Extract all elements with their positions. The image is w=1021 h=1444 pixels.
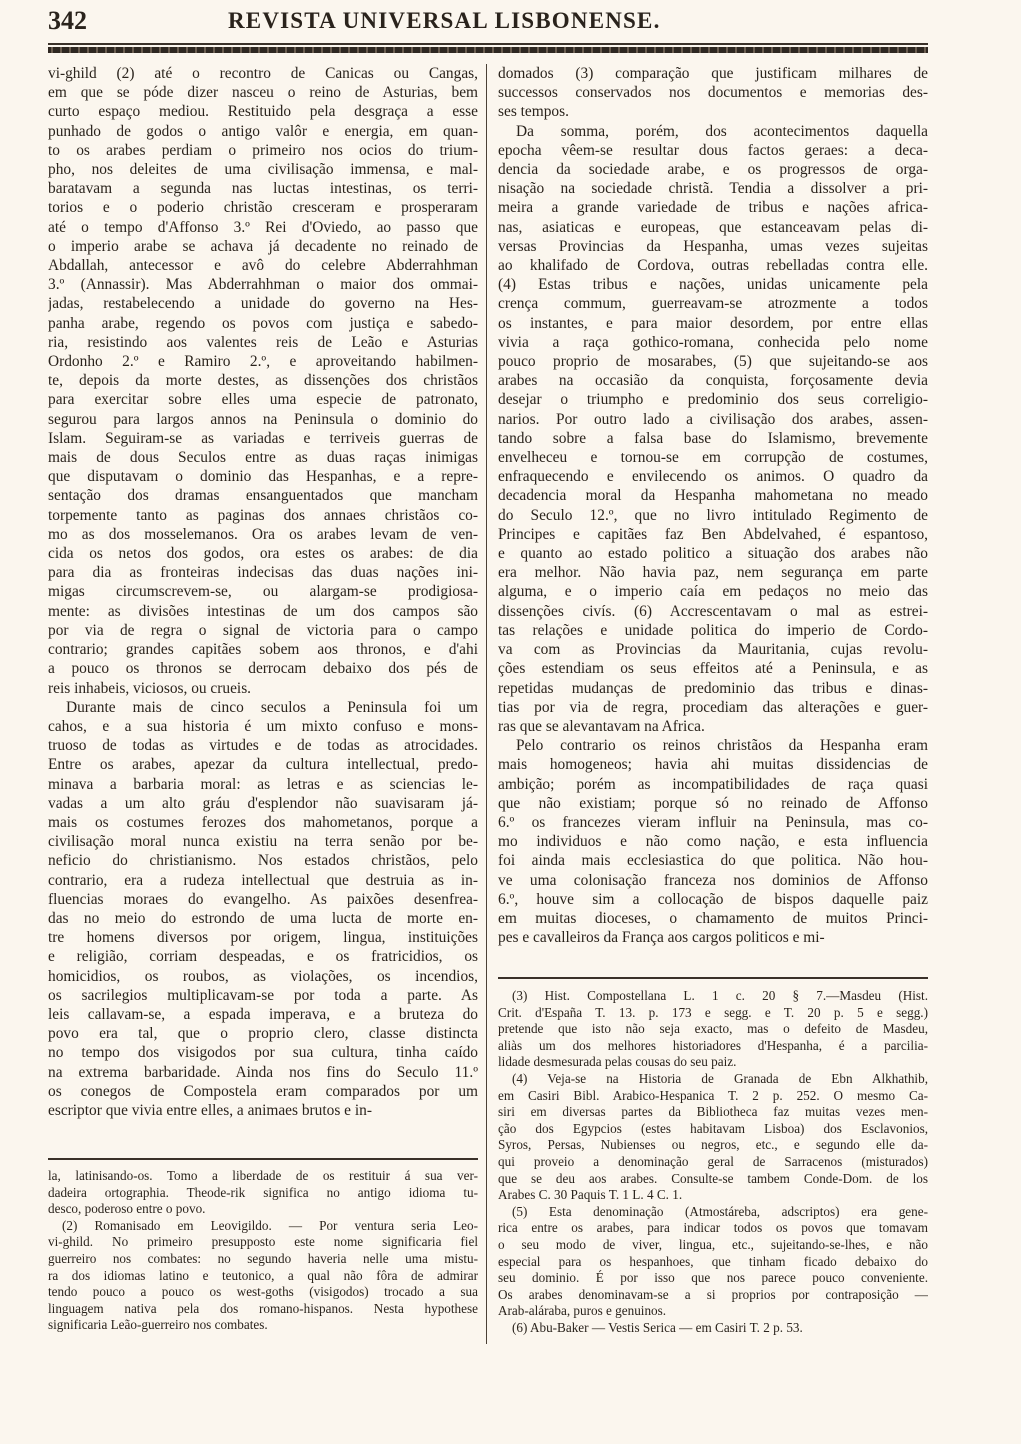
text-line: que disputavam o dominio das Hespanhas, … — [48, 467, 478, 486]
text-line: tre homens diversos por origem, lingua, … — [48, 928, 478, 947]
text-line: especial para os hespanhoes, que tinham … — [498, 1254, 928, 1271]
text-line: civilisação moral nunca existiu na terra… — [48, 832, 478, 851]
text-line: e religião, corriam despeadas, e os frat… — [48, 947, 478, 966]
text-line: ao khalifado de Cordova, outras rebellad… — [498, 256, 928, 275]
left-column-body: vi-ghild (2) até o recontro de Canicas o… — [48, 64, 478, 1120]
text-line: o seu modo de viver, lingua, etc., sujei… — [498, 1237, 928, 1254]
text-line: que não existiam; porque só no reinado d… — [498, 794, 928, 813]
text-line: Abdallah, antecessor e avô do celebre Ab… — [48, 256, 478, 275]
text-line: leis callavam-se, a espada imperava, e a… — [48, 1005, 478, 1024]
text-line: torpemente tanto as paginas dos annaes c… — [48, 506, 478, 525]
text-line: nisação na sociedade christã. Tendia a d… — [498, 179, 928, 198]
text-line: minava a barbaria moral: as letras e as … — [48, 775, 478, 794]
text-line: rica entre os arabes, para indicar todos… — [498, 1220, 928, 1237]
text-line: vi-ghild. No primeiro presupposto este n… — [48, 1234, 478, 1251]
text-line: aliàs um dos melhores historiadores d'He… — [498, 1038, 928, 1055]
text-line: homicidios, os roubos, as violações, os … — [48, 967, 478, 986]
text-line: contrario; grandes capitães sobem aos th… — [48, 640, 478, 659]
text-line: Entre os arabes, apezar da cultura intel… — [48, 755, 478, 774]
text-line: nas, asiaticas e europeas, que estanceav… — [498, 218, 928, 237]
text-line: mais de dous Seculos entre as duas raças… — [48, 448, 478, 467]
footnote-rule-right — [498, 977, 928, 979]
text-line: Arabes C. 30 Paquis T. 1 L. 4 C. 1. — [498, 1187, 928, 1204]
text-line: povo era tal, que o proprio clero, class… — [48, 1024, 478, 1043]
right-column-paragraph: Da somma, porém, dos acontecimentos daqu… — [498, 122, 928, 737]
text-line: fluencias moraes do evangelho. As paixõe… — [48, 890, 478, 909]
text-line: versas Provincias da Hespanha, umas veze… — [498, 237, 928, 256]
text-line: ção dos Egypcios (estes habitavam Lisboa… — [498, 1121, 928, 1138]
text-line: contrario, era a rudeza intellectual que… — [48, 871, 478, 890]
text-line: siri em diversas partes da Bibliotheca f… — [498, 1104, 928, 1121]
text-line: (5) Esta denominação (Atmostáreba, adscr… — [498, 1204, 928, 1221]
text-line: successos conservados nos documentos e m… — [498, 83, 928, 102]
footnote-rule-left — [48, 1158, 478, 1160]
text-line: Crit. d'España T. 13. p. 173 e segg. e T… — [498, 1005, 928, 1022]
text-line: mais os costumes ferozes dos mahometanos… — [48, 813, 478, 832]
text-line: ções estendiam os seus effeitos até a Pe… — [498, 659, 928, 678]
text-line: decadencia moral da Hespanha mahometana … — [498, 486, 928, 505]
text-line: enfraquecendo e envilecendo os animos. O… — [498, 467, 928, 486]
column-divider — [486, 64, 487, 1344]
text-line: crença commum, guerreavam-se atrozmente … — [498, 294, 928, 313]
text-line: foi ainda mais ecclesiastica do que poli… — [498, 851, 928, 870]
text-line: pretende que isto não seja exacto, mas o… — [498, 1021, 928, 1038]
text-line: tendo pouco a pouco os west-goths (visig… — [48, 1284, 478, 1301]
text-line: 6.º, houve sim a collocação de bispos da… — [498, 890, 928, 909]
text-line: Da somma, porém, dos acontecimentos daqu… — [498, 122, 928, 141]
text-line: domados (3) comparação que justificam mi… — [498, 64, 928, 83]
text-line: que se deu aos arabes. Consulte-se tambe… — [498, 1171, 928, 1188]
text-line: dencia da sociedade arabe, e os progress… — [498, 160, 928, 179]
text-line: Ordonho 2.º e Ramiro 2.º, e aproveitando… — [48, 352, 478, 371]
text-line: era melhor. Não havia paz, nem segurança… — [498, 563, 928, 582]
text-line: Arab-aláraba, puros e genuinos. — [498, 1303, 928, 1320]
text-line: baratavam a segunda nas luctas intestina… — [48, 179, 478, 198]
text-line: ambição; porém as incompatibilidades de … — [498, 775, 928, 794]
text-line: mo individuos e não como nação, e esta i… — [498, 832, 928, 851]
text-line: sentação dos dramas ensanguentados que m… — [48, 486, 478, 505]
text-line: narios. Por outro lado a civilisação dos… — [498, 410, 928, 429]
text-line: os conegos de Compostela eram comparados… — [48, 1082, 478, 1101]
text-line: mais homogeneos; havia ahi muitas dissid… — [498, 755, 928, 774]
right-column-body: domados (3) comparação que justificam mi… — [498, 64, 928, 947]
text-line: em que se póde dizer nasceu o reino de A… — [48, 83, 478, 102]
text-line: a pouco os thronos se derrocam debaixo d… — [48, 659, 478, 678]
text-line: dadeira ortographia. Theode-rik signific… — [48, 1185, 478, 1202]
text-line: linguagem nativa pela dos romano-hispano… — [48, 1301, 478, 1318]
text-line: (2) Romanisado em Leovigildo. — Por vent… — [48, 1218, 478, 1235]
text-line: neficio do christianismo. Nos estados ch… — [48, 851, 478, 870]
journal-title: REVISTA UNIVERSAL LISBONENSE. — [228, 8, 661, 34]
text-line: cahos, e a sua historia é um mixto confu… — [48, 717, 478, 736]
footnotes-right: (3) Hist. Compostellana L. 1 c. 20 § 7.—… — [498, 988, 928, 1336]
text-line: alguma, e o imperio caía em pedaços no m… — [498, 582, 928, 601]
text-line: cida os netos dos godos, ora estes os ar… — [48, 544, 478, 563]
text-line: epocha vêem-se resultar dous factos gera… — [498, 141, 928, 160]
page-number: 342 — [48, 6, 87, 36]
text-line: segurou para largos annos na Peninsula o… — [48, 410, 478, 429]
text-line: ra dos idiomas latino e teutonico, a qua… — [48, 1268, 478, 1285]
text-line: para dia as fronteiras indecisas das dua… — [48, 563, 478, 582]
text-line: pho, nos deleites de uma civilisação imm… — [48, 160, 478, 179]
text-line: ve uma colonisação franceza nos dominios… — [498, 871, 928, 890]
text-line: significaria Leão-guerreiro nos combates… — [48, 1317, 478, 1334]
text-line: panha arabe, regendo os povos com justiç… — [48, 314, 478, 333]
page-header: 342 REVISTA UNIVERSAL LISBONENSE. — [48, 4, 928, 44]
right-column-paragraph: Pelo contrario os reinos christãos da He… — [498, 736, 928, 947]
text-line: desejar o triumpho e predominio dos seus… — [498, 390, 928, 409]
text-line: tias por via de regra, procediam das alt… — [498, 698, 928, 717]
header-rule-thin — [48, 43, 928, 45]
text-line: na extrema barbaridade. Ainda nos fins d… — [48, 1063, 478, 1082]
text-line: to os arabes perdiam o primeiro nos ocio… — [48, 141, 478, 160]
text-line: o imperio arabe se achava já decadente n… — [48, 237, 478, 256]
footnote-paragraph: (2) Romanisado em Leovigildo. — Por vent… — [48, 1218, 478, 1334]
text-line: te, depois da morte destes, as dissençõe… — [48, 371, 478, 390]
text-line: em muitas dioceses, o chamamento de muit… — [498, 909, 928, 928]
footnote-paragraph: (3) Hist. Compostellana L. 1 c. 20 § 7.—… — [498, 988, 928, 1071]
text-line: os instantes, e para maior desordem, por… — [498, 314, 928, 333]
text-line: desco, poderoso entre o povo. — [48, 1201, 478, 1218]
text-line: envelheceu e tornou-se em corrupção de c… — [498, 448, 928, 467]
text-line: 3.º (Annassir). Mas Abderrahhman o maior… — [48, 275, 478, 294]
text-line: arabes na occasião da conquista, forçosa… — [498, 371, 928, 390]
text-line: os sacrilegios multiplicavam-se por toda… — [48, 986, 478, 1005]
header-rule-thick — [48, 47, 928, 53]
text-line: repetidas mudanças de predominio das tri… — [498, 679, 928, 698]
text-line: la, latinisando-os. Tomo a liberdade de … — [48, 1168, 478, 1185]
text-line: escriptor que vivia entre elles, a anima… — [48, 1101, 478, 1120]
text-line: ras que se alevantavam na Africa. — [498, 717, 928, 736]
text-line: truoso de todas as virtudes e de todas a… — [48, 736, 478, 755]
text-line: guerreiro nos combates: no segundo haver… — [48, 1251, 478, 1268]
text-line: dissenções civís. (6) Accrescentavam o m… — [498, 602, 928, 621]
text-line: Principes e capitães faz Ben Abdelvahed,… — [498, 525, 928, 544]
text-line: curto espaço mediou. Restituido pela des… — [48, 102, 478, 121]
text-line: qui proveio a denominação geral de Sarra… — [498, 1154, 928, 1171]
text-line: para exercitar sobre elles uma especie d… — [48, 390, 478, 409]
text-line: Durante mais de cinco seculos a Peninsul… — [48, 698, 478, 717]
text-line: migas circumscrevem-se, ou alargam-se pr… — [48, 582, 478, 601]
footnote-paragraph: la, latinisando-os. Tomo a liberdade de … — [48, 1168, 478, 1218]
text-line: lidade desmesurada pelas cousas do seu p… — [498, 1054, 928, 1071]
text-line: até o tempo d'Affonso 3.º Rei d'Oviedo, … — [48, 218, 478, 237]
text-line: (6) Abu-Baker — Vestis Serica — em Casir… — [498, 1320, 928, 1337]
text-line: e quanto ao estado politico a situação d… — [498, 544, 928, 563]
text-line: vi-ghild (2) até o recontro de Canicas o… — [48, 64, 478, 83]
text-line: seu dominio. É por isso que nos parece p… — [498, 1270, 928, 1287]
text-line: va com as Provincias da Mauritania, cuja… — [498, 640, 928, 659]
footnotes-left: la, latinisando-os. Tomo a liberdade de … — [48, 1168, 478, 1334]
text-line: pes e cavalleiros da França aos cargos p… — [498, 928, 928, 947]
text-line: (4) Veja-se na Historia de Granada de Eb… — [498, 1071, 928, 1088]
left-column-paragraph: vi-ghild (2) até o recontro de Canicas o… — [48, 64, 478, 698]
text-line: reis inhabeis, viciosos, ou crueis. — [48, 679, 478, 698]
text-line: por via de regra o signal de victoria pa… — [48, 621, 478, 640]
text-line: no tempo dos visigodos por sua cultura, … — [48, 1043, 478, 1062]
text-line: jadas, restabelecendo a unidade do gover… — [48, 294, 478, 313]
text-line: tando sobre a falsa base do Islamismo, b… — [498, 429, 928, 448]
text-line: punhado de godos o antigo valôr e energi… — [48, 122, 478, 141]
text-line: 6.º os francezes vieram influir na Penin… — [498, 813, 928, 832]
text-line: Pelo contrario os reinos christãos da He… — [498, 736, 928, 755]
text-line: Os arabes denominavam-se a si proprios p… — [498, 1287, 928, 1304]
text-line: mo as dos mosselemanos. Ora os arabes le… — [48, 525, 478, 544]
text-line: vivia a raça gothico-romana, conhecida p… — [498, 333, 928, 352]
text-line: ria, resistindo aos valentes reis de Leã… — [48, 333, 478, 352]
text-line: pouco proprio de mosarabes, (5) que suje… — [498, 352, 928, 371]
left-column-paragraph: Durante mais de cinco seculos a Peninsul… — [48, 698, 478, 1120]
text-line: tas relações e unidade politica do imper… — [498, 621, 928, 640]
footnote-paragraph: (6) Abu-Baker — Vestis Serica — em Casir… — [498, 1320, 928, 1337]
text-line: em Casiri Bibl. Arabico-Hespanica T. 2 p… — [498, 1088, 928, 1105]
right-column-paragraph: domados (3) comparação que justificam mi… — [498, 64, 928, 122]
text-line: das no meio do estrondo de uma lucta de … — [48, 909, 478, 928]
text-line: ses tempos. — [498, 102, 928, 121]
text-line: mente: as divisões intestinas de um dos … — [48, 602, 478, 621]
text-line: Syros, Persas, Nubienses ou negros, etc.… — [498, 1137, 928, 1154]
text-line: vadas a um alto gráu d'esplendor não sua… — [48, 794, 478, 813]
footnote-paragraph: (5) Esta denominação (Atmostáreba, adscr… — [498, 1204, 928, 1320]
text-line: meira a grande variedade de tribus e naç… — [498, 198, 928, 217]
text-line: torios e o poderio christão cresceram e … — [48, 198, 478, 217]
text-line: (3) Hist. Compostellana L. 1 c. 20 § 7.—… — [498, 988, 928, 1005]
text-line: (4) Estas tribus e nações, unidas unicam… — [498, 275, 928, 294]
text-line: do Seculo 12.º, que no livro intitulado … — [498, 506, 928, 525]
text-line: Islam. Seguiram-se as variadas e terrive… — [48, 429, 478, 448]
footnote-paragraph: (4) Veja-se na Historia de Granada de Eb… — [498, 1071, 928, 1204]
